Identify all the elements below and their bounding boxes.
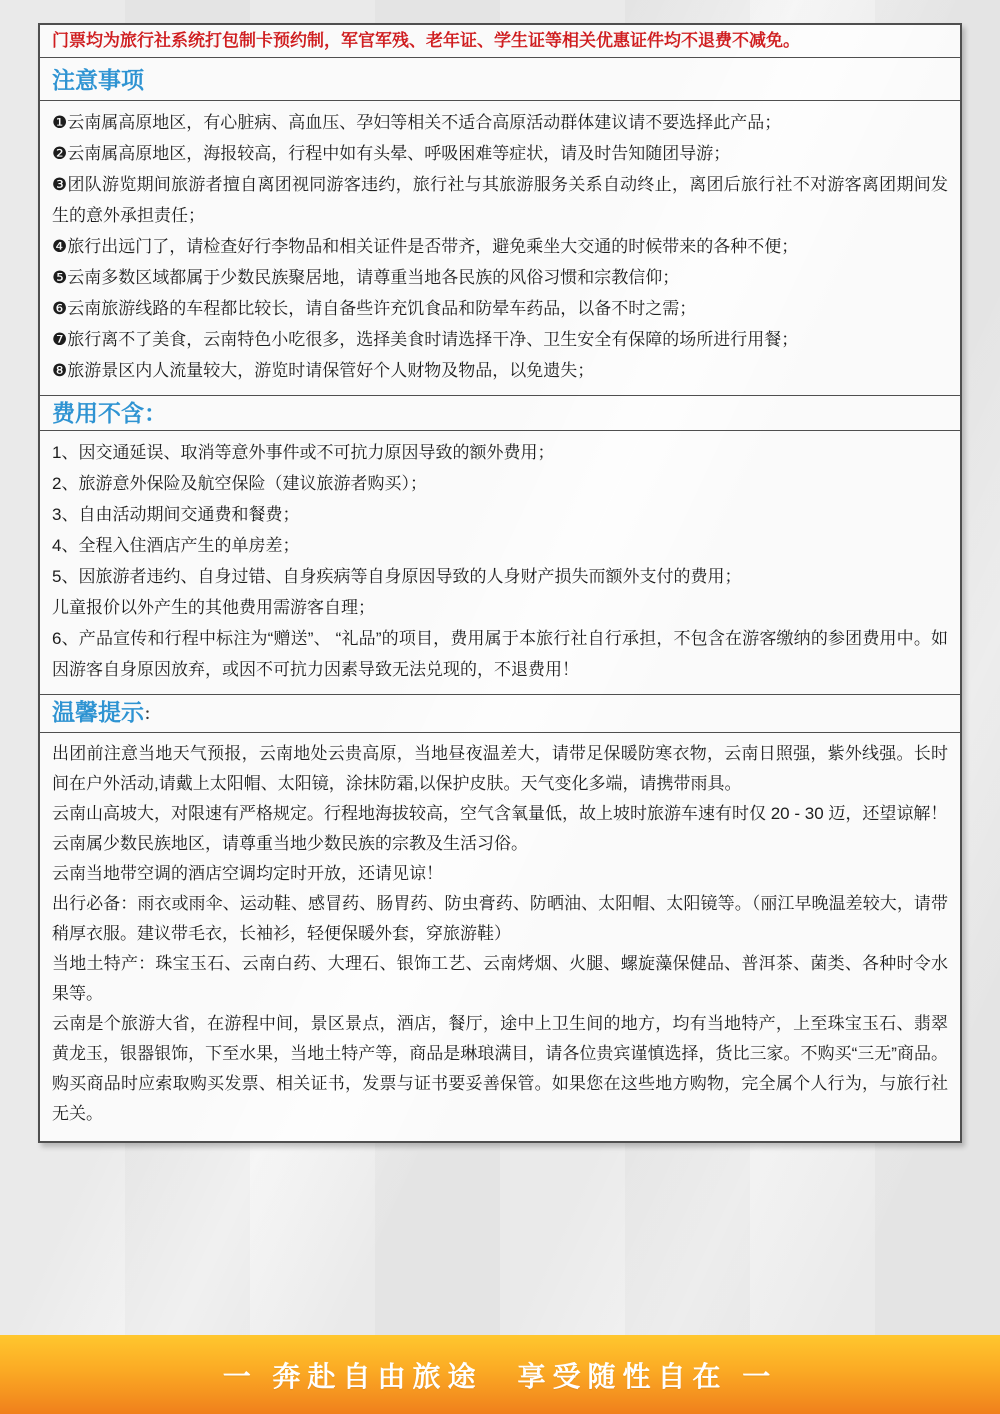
fees-item: 儿童报价以外产生的其他费用需游客自理； [52, 592, 948, 623]
fees-item: 4、全程入住酒店产生的单房差； [52, 530, 948, 561]
attention-item: ❸团队游览期间旅游者擅自离团视同游客违约，旅行社与其旅游服务关系自动终止，离团后… [52, 169, 948, 231]
fees-item: 6、产品宣传和行程中标注为“赠送”、 “礼品”的项目，费用属于本旅行社自行承担，… [52, 623, 948, 685]
tips-title-text: 温馨提示 [52, 699, 144, 725]
tips-paragraph: 云南当地带空调的酒店空调均定时开放，还请见谅！ [52, 859, 948, 889]
attention-item: ❺云南多数区域都属于少数民族聚居地，请尊重当地各民族的风俗习惯和宗教信仰； [52, 262, 948, 293]
fees-item: 1、因交通延误、取消等意外事件或不可抗力原因导致的额外费用； [52, 437, 948, 468]
attention-item: ❻云南旅游线路的车程都比较长，请自备些许充饥食品和防晕车药品，以备不时之需； [52, 293, 948, 324]
tips-title-colon: ： [144, 706, 159, 723]
tips-paragraph: 出行必备：雨衣或雨伞、运动鞋、感冒药、肠胃药、防虫膏药、防晒油、太阳帽、太阳镜等… [52, 889, 948, 949]
section-fees-title: 费用不含： [40, 396, 960, 431]
fees-item: 2、旅游意外保险及航空保险（建议旅游者购买）； [52, 468, 948, 499]
attention-item: ❹旅行出远门了，请检查好行李物品和相关证件是否带齐，避免乘坐大交通的时候带来的各… [52, 231, 948, 262]
attention-list: ❶云南属高原地区，有心脏病、高血压、孕妇等相关不适合高原活动群体建议请不要选择此… [40, 101, 960, 396]
section-attention-title: 注意事项 [40, 58, 960, 101]
attention-item: ❷云南属高原地区，海报较高，行程中如有头晕、呼吸困难等症状，请及时告知随团导游； [52, 138, 948, 169]
top-notice: 门票均为旅行社系统打包制卡预约制，军官军残、老年证、学生证等相关优惠证件均不退费… [40, 25, 960, 58]
attention-item: ❼旅行离不了美食，云南特色小吃很多，选择美食时请选择干净、卫生安全有保障的场所进… [52, 324, 948, 355]
content-sheet: 门票均为旅行社系统打包制卡预约制，军官军残、老年证、学生证等相关优惠证件均不退费… [38, 23, 962, 1143]
tips-paragraphs: 出团前注意当地天气预报，云南地处云贵高原，当地昼夜温差大，请带足保暖防寒衣物，云… [40, 733, 960, 1141]
fees-item: 5、因旅游者违约、自身过错、自身疾病等自身原因导致的人身财产损失而额外支付的费用… [52, 561, 948, 592]
fees-list: 1、因交通延误、取消等意外事件或不可抗力原因导致的额外费用； 2、旅游意外保险及… [40, 431, 960, 695]
fees-item: 3、自由活动期间交通费和餐费； [52, 499, 948, 530]
tips-paragraph: 当地土特产：珠宝玉石、云南白药、大理石、银饰工艺、云南烤烟、火腿、螺旋藻保健品、… [52, 949, 948, 1009]
tips-paragraph: 出团前注意当地天气预报，云南地处云贵高原，当地昼夜温差大，请带足保暖防寒衣物，云… [52, 739, 948, 799]
attention-item: ❽旅游景区内人流量较大，游览时请保管好个人财物及物品，以免遗失； [52, 355, 948, 386]
footer-slogan: 一 奔赴自由旅途 享受随性自在 一 [223, 1355, 778, 1395]
footer-bar: 一 奔赴自由旅途 享受随性自在 一 [0, 1335, 1000, 1414]
tips-paragraph: 云南山高坡大，对限速有严格规定。行程地海拔较高，空气含氧量低，故上坡时旅游车速有… [52, 799, 948, 829]
section-tips-title: 温馨提示： [40, 695, 960, 733]
attention-item: ❶云南属高原地区，有心脏病、高血压、孕妇等相关不适合高原活动群体建议请不要选择此… [52, 107, 948, 138]
tips-paragraph: 云南属少数民族地区，请尊重当地少数民族的宗教及生活习俗。 [52, 829, 948, 859]
tips-paragraph: 云南是个旅游大省，在游程中间，景区景点，酒店，餐厅，途中上卫生间的地方，均有当地… [52, 1009, 948, 1129]
